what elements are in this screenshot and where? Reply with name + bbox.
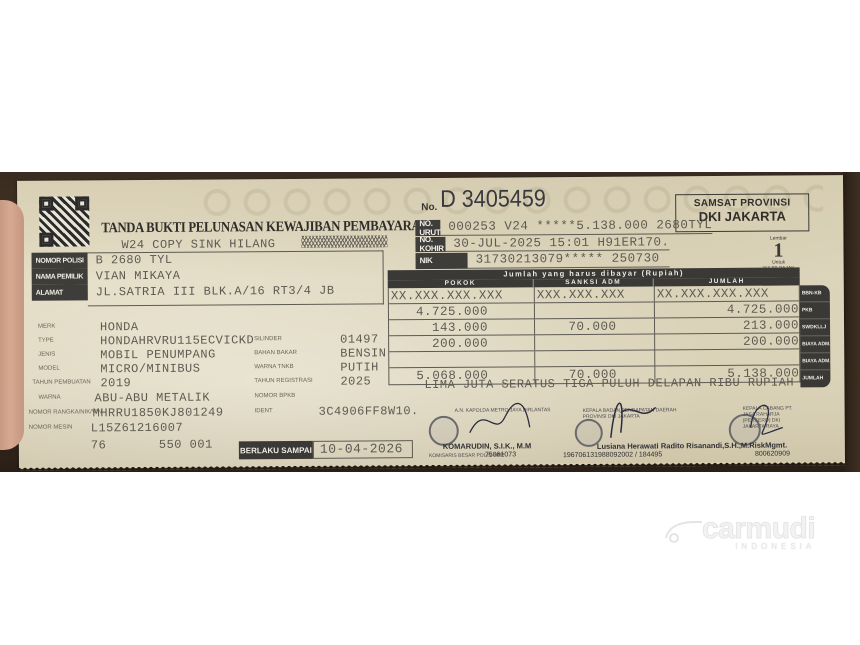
tab-bbnkb: BBN-KB — [800, 285, 830, 302]
signature-icon — [600, 382, 660, 442]
copy-number: 1 — [757, 241, 799, 259]
payment-table: Jumlah yang harus dibayar (Rupiah) POKOK… — [388, 267, 801, 385]
cell-pokok: 200.000 — [389, 335, 535, 351]
cell-pokok: 143.000 — [389, 319, 535, 335]
value-extra-mid: 550 001 — [159, 438, 213, 452]
cell-sanksi — [535, 302, 655, 318]
field-alamat: ALAMAT JL.SATRIA III BLK.A/16 RT3/4 JB — [32, 282, 382, 300]
value-warna: ABU-ABU METALIK — [94, 391, 210, 406]
signature-icon — [743, 397, 793, 442]
car-logo-icon — [664, 516, 704, 546]
tab-adm-stnk: BIAYA ADM. STNK — [800, 336, 830, 353]
field-no-urut: NO. URUT 000253 V24 *****5.138.000 2680T… — [415, 218, 669, 235]
field-label: NO. URUT — [415, 220, 440, 236]
field-label: NO. KOHIR — [415, 236, 445, 252]
value-extra-left: 76 — [91, 438, 107, 452]
label-tahun-registrasi: TAHUN REGISTRASI — [254, 378, 312, 384]
value-ident: 3C4906FF8W10. — [319, 404, 419, 419]
cell-sanksi: XXX.XXX.XXX — [535, 286, 655, 302]
value-nomor-mesin: L15Z61216007 — [91, 421, 184, 436]
label-ident: IDENT — [255, 408, 273, 414]
field-label: NIK — [416, 253, 468, 269]
document-number: D 3405459 — [440, 185, 546, 214]
label-type: TYPE — [38, 338, 54, 344]
signature-icon — [465, 397, 535, 437]
value-model: MICRO/MINIBUS — [100, 362, 200, 377]
value-nomor-rangka: MHRRU1850KJ801249 — [93, 405, 224, 420]
tab-adm-tnkb: BIAYA ADM. TNKB — [800, 353, 830, 370]
cell-pokok — [389, 351, 535, 367]
field-label: NAMA PEMILIK — [32, 268, 88, 284]
label-nomor-rangka: NOMOR RANGKA/NIK/VIN — [29, 409, 102, 416]
issuer-line1: SAMSAT PROVINSI — [676, 197, 808, 209]
tax-category-tabs: BBN-KB PKB SWDKLLJ BIAYA ADM. STNK BIAYA… — [800, 285, 831, 387]
registration-fields: NO. URUT 000253 V24 *****5.138.000 2680T… — [415, 218, 669, 268]
label-warna: WARNA — [39, 395, 61, 401]
cell-jumlah — [655, 349, 801, 365]
field-label: NOMOR POLISI — [32, 252, 88, 268]
signatory-id: 800620909 — [755, 450, 790, 457]
cell-jumlah: XX.XXX.XXX.XXX — [655, 285, 801, 301]
value-silinder: 01497 — [340, 332, 379, 346]
field-value: 000253 V24 *****5.138.000 2680TYL — [440, 218, 712, 235]
validity-label: BERLAKU SAMPAI — [239, 441, 313, 460]
value-tahun-pembuatan: 2019 — [100, 376, 131, 390]
label-merk: MERK — [38, 324, 55, 330]
cell-jumlah: 200.000 — [655, 333, 801, 349]
field-nik: NIK 31730213079***** 250730 — [416, 251, 670, 268]
tab-swdkllj: SWDKLLJ — [800, 319, 830, 336]
label-model: MODEL — [38, 366, 59, 372]
signatory-id: 75061073 — [485, 451, 516, 458]
label-tahun-pembuatan: TAHUN PEMBUATAN — [32, 379, 90, 385]
field-label: ALAMAT — [32, 284, 88, 300]
signatories: A.N. KAPOLDA METRO JAYA DIRLANTAS KOMARU… — [425, 403, 805, 462]
cell-jumlah: 4.725.000 — [655, 301, 801, 317]
payment-grid: XX.XXX.XXX.XXX XXX.XXX.XXX XX.XXX.XXX.XX… — [388, 285, 801, 385]
carmudi-watermark: carmudi INDONESIA — [668, 512, 815, 551]
cell-jumlah: 213.000 — [655, 317, 801, 333]
field-value: JL.SATRIA III BLK.A/16 RT3/4 JB — [88, 282, 382, 300]
signatory-name: KOMARUDIN, S.I.K., M.M — [443, 441, 531, 451]
label-jenis: JENIS — [38, 352, 55, 358]
value-type: HONDAHRVRU115ECVICKD — [100, 333, 254, 348]
cell-sanksi — [535, 334, 655, 350]
field-value: 30-JUL-2025 15:01 H91ER170. — [445, 235, 669, 252]
label-nomor-bpkb: NOMOR BPKB — [254, 393, 295, 399]
value-warna-tnkb: PUTIH — [340, 360, 379, 374]
finger — [0, 200, 24, 450]
signatory-name: Lusiana Herawati — [597, 441, 659, 450]
redaction-hatch — [301, 235, 387, 248]
cell-pokok: XX.XXX.XXX.XXX — [389, 287, 535, 303]
photo-edge — [843, 172, 860, 472]
label-warna-tnkb: WARNA TNKB — [254, 364, 293, 370]
owner-fields: NOMOR POLISI B 2680 TYL NAMA PEMILIK VIA… — [32, 250, 382, 300]
label-bahan-bakar: BAHAN BAKAR — [254, 350, 297, 356]
field-value: 31730213079***** 250730 — [468, 251, 670, 268]
value-jenis: MOBIL PENUMPANG — [100, 348, 216, 363]
signatory-id: 196706131988092002 / 184495 — [563, 451, 662, 459]
tab-pkb: PKB — [800, 302, 830, 319]
cell-sanksi — [535, 350, 655, 366]
note-line: W24 COPY SINK HILANG — [121, 237, 275, 252]
qr-code-icon — [39, 196, 89, 246]
signatory-name: Radito Risanandi,S.H.,M.RiskMgmt. — [661, 441, 787, 451]
copy-indicator: Lembar 1 Untuk WAJIB PAJAK — [757, 235, 799, 271]
document-number-label: No. — [421, 202, 437, 213]
value-bahan-bakar: BENSIN — [340, 346, 386, 360]
label-nomor-mesin: NOMOR MESIN — [29, 425, 73, 431]
value-tahun-registrasi: 2025 — [340, 374, 371, 388]
label-silinder: SILINDER — [254, 336, 282, 342]
cell-pokok: 4.725.000 — [389, 303, 535, 319]
field-no-kohir: NO. KOHIR 30-JUL-2025 15:01 H91ER170. — [415, 235, 669, 252]
cell-sanksi: 70.000 — [535, 318, 655, 334]
tax-receipt-ticket: TANDA BUKTI PELUNASAN KEWAJIBAN PEMBAYAR… — [17, 175, 845, 468]
value-merk: HONDA — [100, 320, 139, 334]
validity-date: 10-04-2026 — [313, 440, 413, 459]
